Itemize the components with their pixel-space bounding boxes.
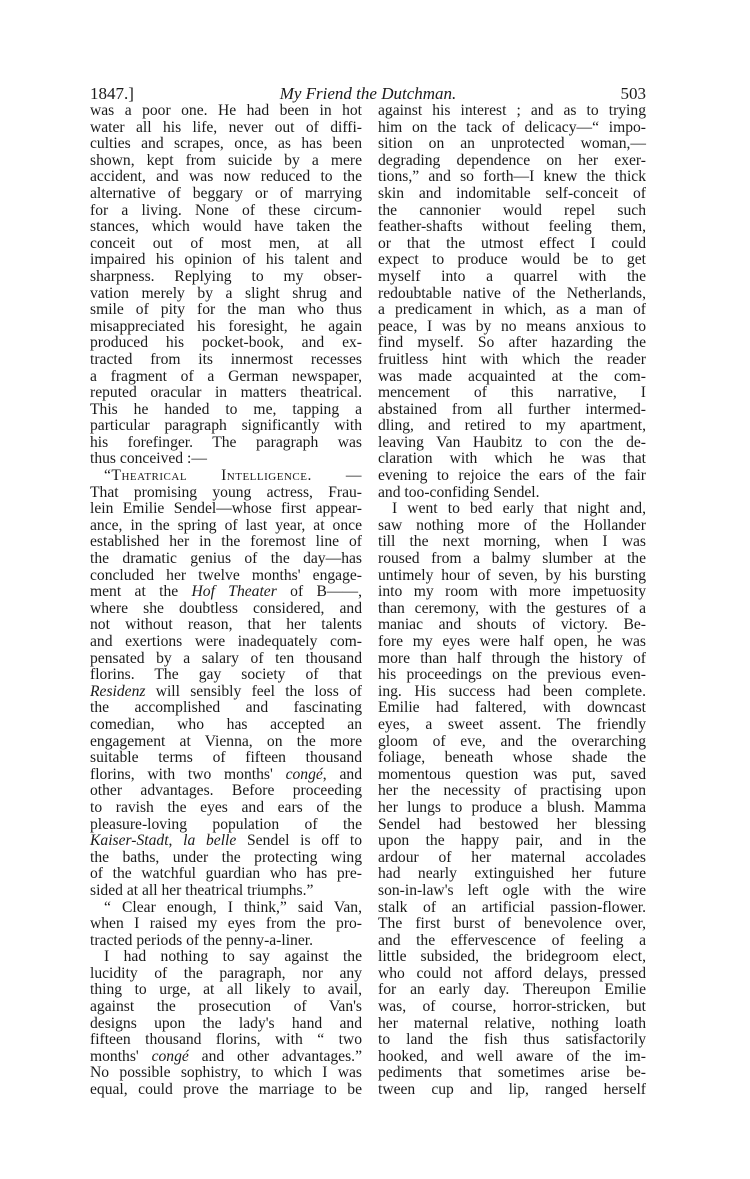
text-line: fruitless hint with which the reader: [378, 352, 646, 369]
text-line: florins, with two months' congé, and: [90, 767, 362, 784]
text-line: gloom of eve, and the overarching: [378, 734, 646, 751]
text-line: The first burst of benevolence over,: [378, 916, 646, 933]
text-line: feather-shafts without feeling them,: [378, 219, 646, 236]
text-line: and too-confiding Sendel.: [378, 485, 646, 502]
text-line: Kaiser-Stadt, la belle Sendel is off to: [90, 833, 362, 850]
text-line: a fragment of a German newspaper,: [90, 369, 362, 386]
text-line: peace, I was by no means anxious to: [378, 319, 646, 336]
text-line: ing. His success had been complete.: [378, 684, 646, 701]
text-line: than ceremony, with the gestures of a: [378, 601, 646, 618]
text-line: hooked, and well aware of the im-: [378, 1049, 646, 1066]
text-line: tions,” and so forth—I knew the thick: [378, 169, 646, 186]
text-line: was, of course, horror-stricken, but: [378, 999, 646, 1016]
text-line: when I raised my eyes from the pro-: [90, 916, 362, 933]
text-line: degrading dependence on her exer-: [378, 153, 646, 170]
text-line: stalk of an artificial passion-flower.: [378, 900, 646, 917]
text-line: not without reason, that her talents: [90, 617, 362, 634]
text-line: momentous question was put, saved: [378, 767, 646, 784]
text-line: more than half through the history of: [378, 651, 646, 668]
text-line: the dramatic genius of the day—has: [90, 551, 362, 568]
left-text-column: was a poor one. He had been in hotwater …: [90, 103, 362, 1099]
text-line: was made acquainted at the com-: [378, 369, 646, 386]
text-line: to ravish the eyes and ears of the: [90, 800, 362, 817]
text-line: That promising young actress, Frau-: [90, 485, 362, 502]
text-line: impaired his opinion of his talent and: [90, 252, 362, 269]
text-line: had nearly extinguished her future: [378, 866, 646, 883]
text-line: misappreciated his foresight, he again: [90, 319, 362, 336]
text-line: redoubtable native of the Netherlands,: [378, 286, 646, 303]
text-line: shown, kept from suicide by a mere: [90, 153, 362, 170]
text-line: roused from a balmy slumber at the: [378, 551, 646, 568]
text-line: his proceedings on the previous even-: [378, 667, 646, 684]
text-line: lucidity of the paragraph, nor any: [90, 966, 362, 983]
text-line: fifteen thousand florins, with “ two: [90, 1032, 362, 1049]
text-line: saw nothing more of the Hollander: [378, 518, 646, 535]
text-line: reputed oracular in matters theatrical.: [90, 385, 362, 402]
text-line: untimely hour of seven, by his bursting: [378, 568, 646, 585]
text-line: till the next morning, when I was: [378, 534, 646, 551]
text-line: sided at all her theatrical triumphs.”: [90, 883, 362, 900]
text-line: Sendel had bestowed her blessing: [378, 817, 646, 834]
text-line: expect to produce would be to get: [378, 252, 646, 269]
text-line: and exertions were inadequately com-: [90, 634, 362, 651]
text-line: to land the fish thus satisfactorily: [378, 1032, 646, 1049]
text-line: accident, and was now reduced to the: [90, 169, 362, 186]
text-line: stances, which would have taken the: [90, 219, 362, 236]
text-line: where she doubtless considered, and: [90, 601, 362, 618]
text-line: against his interest ; and as to trying: [378, 103, 646, 120]
text-line: was a poor one. He had been in hot: [90, 103, 362, 120]
text-line: culties and scrapes, once, as has been: [90, 136, 362, 153]
text-line: mencement of this narrative, I: [378, 385, 646, 402]
text-line: him on the tack of delicacy—“ impo-: [378, 120, 646, 137]
right-text-column: against his interest ; and as to tryingh…: [378, 103, 646, 1099]
text-line: her lungs to produce a blush. Mamma: [378, 800, 646, 817]
text-line: for an early day. Thereupon Emilie: [378, 982, 646, 999]
text-line: designs upon the lady's hand and: [90, 1016, 362, 1033]
text-line: into my room with more impetuosity: [378, 584, 646, 601]
text-line: established her in the foremost line of: [90, 534, 362, 551]
text-line: particular paragraph significantly with: [90, 418, 362, 435]
text-line: tracted from its innermost recesses: [90, 352, 362, 369]
text-line: Emilie had faltered, with downcast: [378, 700, 646, 717]
text-line: find myself. So after hazarding the: [378, 335, 646, 352]
text-line: lein Emilie Sendel—whose first appear-: [90, 501, 362, 518]
text-line: myself into a quarrel with the: [378, 269, 646, 286]
text-line: I had nothing to say against the: [90, 949, 362, 966]
header-title: My Friend the Dutchman.: [90, 84, 646, 104]
text-line: This he handed to me, tapping a: [90, 402, 362, 419]
text-line: for a living. None of these circum-: [90, 203, 362, 220]
text-line: who could not afford delays, pressed: [378, 966, 646, 983]
running-header: 1847.] My Friend the Dutchman. 503: [90, 84, 646, 104]
text-line: foliage, beneath whose shade the: [378, 750, 646, 767]
text-line: “ Clear enough, I think,” said Van,: [90, 900, 362, 917]
text-line: against the prosecution of Van's: [90, 999, 362, 1016]
text-line: ardour of her maternal accolades: [378, 850, 646, 867]
text-line: evening to rejoice the ears of the fair: [378, 468, 646, 485]
text-line: pediments that sometimes arise be-: [378, 1065, 646, 1082]
text-line: ment at the Hof Theater of B——,: [90, 584, 362, 601]
text-line: dling, and retired to my apartment,: [378, 418, 646, 435]
text-line: a predicament in which, as a man of: [378, 302, 646, 319]
text-line: son-in-law's left ogle with the wire: [378, 883, 646, 900]
text-line: leaving Van Haubitz to con the de-: [378, 435, 646, 452]
text-line: alternative of beggary or of marrying: [90, 186, 362, 203]
text-line: comedian, who has accepted an: [90, 717, 362, 734]
text-line: claration with which he was that: [378, 451, 646, 468]
text-line: tween cup and lip, ranged herself: [378, 1082, 646, 1099]
text-line: skin and indomitable self-conceit of: [378, 186, 646, 203]
text-line: thing to urge, at all likely to avail,: [90, 982, 362, 999]
text-line: water all his life, never out of diffi-: [90, 120, 362, 137]
text-line: I went to bed early that night and,: [378, 501, 646, 518]
text-line: his forefinger. The paragraph was: [90, 435, 362, 452]
text-line: little subsided, the bridegroom elect,: [378, 949, 646, 966]
text-line: the baths, under the protecting wing: [90, 850, 362, 867]
text-line: florins. The gay society of that: [90, 667, 362, 684]
text-line: her the necessity of practising upon: [378, 783, 646, 800]
text-line: ance, in the spring of last year, at onc…: [90, 518, 362, 535]
text-line: equal, could prove the marriage to be: [90, 1082, 362, 1099]
text-line: sharpness. Replying to my obser-: [90, 269, 362, 286]
text-line: concluded her twelve months' engage-: [90, 568, 362, 585]
text-line: engagement at Vienna, on the more: [90, 734, 362, 751]
text-line: fore my eyes were half open, he was: [378, 634, 646, 651]
text-line: vation merely by a slight shrug and: [90, 286, 362, 303]
text-line: other advantages. Before proceeding: [90, 783, 362, 800]
text-line: maniac and shouts of victory. Be-: [378, 617, 646, 634]
text-line: or that the utmost effect I could: [378, 236, 646, 253]
text-line: the cannonier would repel such: [378, 203, 646, 220]
text-line: of the watchful guardian who has pre-: [90, 866, 362, 883]
text-line: suitable terms of fifteen thousand: [90, 750, 362, 767]
text-line: pleasure-loving population of the: [90, 817, 362, 834]
page-number: 503: [621, 84, 647, 104]
text-line: sition on an unprotected woman,—: [378, 136, 646, 153]
text-line: eyes, a sweet assent. The friendly: [378, 717, 646, 734]
text-line: conceit out of most men, at all: [90, 236, 362, 253]
text-line: No possible sophistry, to which I was: [90, 1065, 362, 1082]
text-line: the accomplished and fascinating: [90, 700, 362, 717]
text-line: pensated by a salary of ten thousand: [90, 651, 362, 668]
book-page: 1847.] My Friend the Dutchman. 503 was a…: [0, 0, 750, 1179]
text-line: Residenz will sensibly feel the loss of: [90, 684, 362, 701]
text-line: smile of pity for the man who thus: [90, 302, 362, 319]
text-line: and the effervescence of feeling a: [378, 933, 646, 950]
text-line: upon the happy pair, and in the: [378, 833, 646, 850]
text-line: thus conceived :—: [90, 451, 362, 468]
text-line: abstained from all further intermed-: [378, 402, 646, 419]
text-line: “Theatrical Intelligence. —: [90, 468, 362, 485]
text-line: tracted periods of the penny-a-liner.: [90, 933, 362, 950]
text-line: produced his pocket-book, and ex-: [90, 335, 362, 352]
text-line: months' congé and other advantages.”: [90, 1049, 362, 1066]
text-line: her maternal relative, nothing loath: [378, 1016, 646, 1033]
